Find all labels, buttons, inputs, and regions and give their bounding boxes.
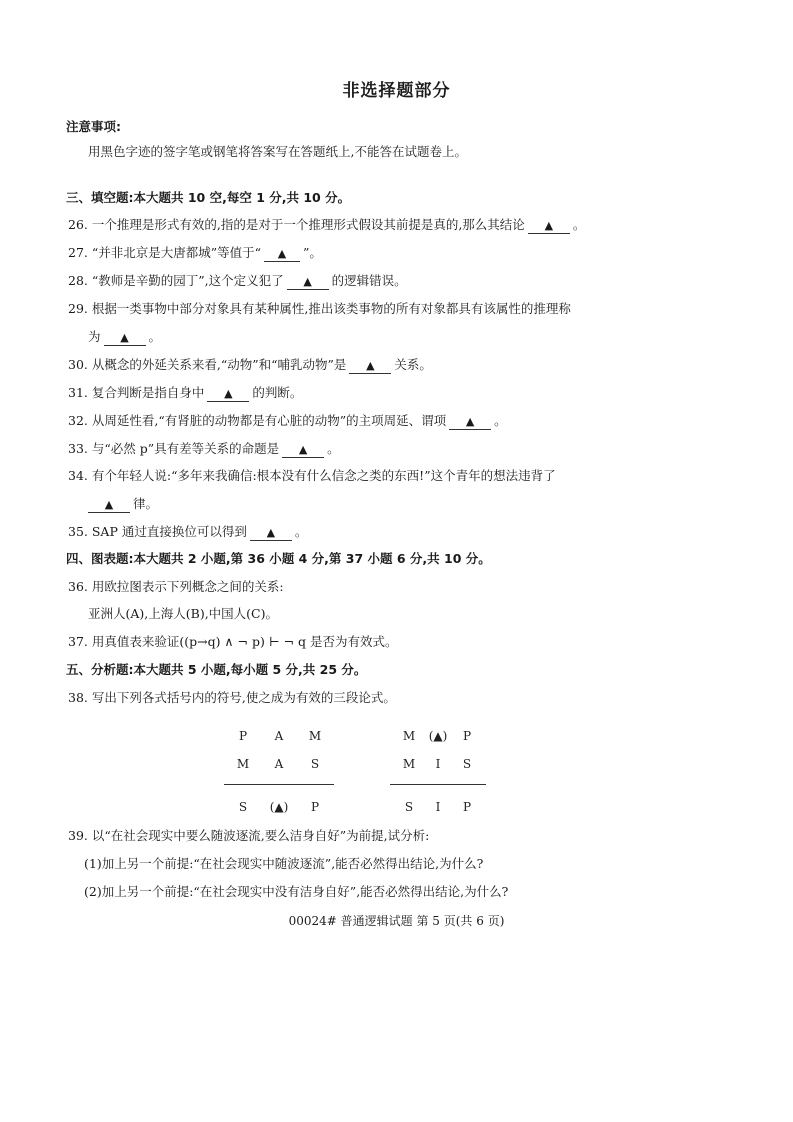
question-text: 的判断。 bbox=[252, 385, 302, 400]
question-29-cont: 为▲。 bbox=[88, 328, 161, 346]
question-text: 律。 bbox=[133, 496, 158, 511]
answer-blank: ▲ bbox=[104, 330, 146, 346]
term: S bbox=[236, 793, 250, 821]
copula: I bbox=[431, 750, 445, 778]
question-text: 。 bbox=[327, 441, 340, 456]
conclusion-divider bbox=[224, 784, 334, 785]
question-36-items: 亚洲人(A),上海人(B),中国人(C)。 bbox=[88, 605, 278, 623]
question-38: 38. 写出下列各式括号内的符号,使之成为有效的三段论式。 bbox=[68, 689, 396, 707]
answer-blank: ▲ bbox=[282, 442, 324, 458]
triangle-icon: ▲ bbox=[466, 415, 474, 428]
section4-heading: 四、图表题:本大题共 2 小题,第 36 小题 4 分,第 37 小题 6 分,… bbox=[66, 550, 491, 568]
question-text: 为 bbox=[88, 329, 101, 344]
copula-blank: (▲) bbox=[270, 793, 289, 821]
term: P bbox=[236, 722, 250, 750]
term: P bbox=[460, 722, 474, 750]
answer-blank: ▲ bbox=[250, 525, 292, 541]
question-text: 。 bbox=[494, 413, 507, 428]
copula: I bbox=[431, 793, 445, 821]
question-text: 的逻辑错误。 bbox=[332, 273, 407, 288]
question-text: ”。 bbox=[303, 245, 322, 260]
page-title: 非选择题部分 bbox=[0, 76, 793, 101]
copula-blank: (▲) bbox=[429, 722, 448, 750]
triangle-icon: ▲ bbox=[303, 275, 311, 288]
question-text: 关系。 bbox=[394, 357, 432, 372]
term: M bbox=[402, 750, 416, 778]
answer-blank: ▲ bbox=[207, 386, 249, 402]
question-text: 26. 一个推理是形式有效的,指的是对于一个推理形式假设其前提是真的,那么其结论 bbox=[68, 217, 525, 232]
notice-text: 用黑色字迹的签字笔或钢笔将答案写在答题纸上,不能答在试题卷上。 bbox=[88, 143, 467, 161]
question-27: 27. “并非北京是大唐都城”等值于“▲”。 bbox=[68, 244, 322, 262]
question-30: 30. 从概念的外延关系来看,“动物”和“哺乳动物”是▲关系。 bbox=[68, 356, 432, 374]
triangle-icon: ▲ bbox=[545, 219, 553, 232]
question-37: 37. 用真值表来验证((p→q) ∧ ¬ p) ⊢ ¬ q 是否为有效式。 bbox=[68, 633, 398, 651]
question-31: 31. 复合判断是指自身中▲的判断。 bbox=[68, 384, 302, 402]
section3-heading: 三、填空题:本大题共 10 空,每空 1 分,共 10 分。 bbox=[66, 189, 350, 207]
conclusion: S (▲) P bbox=[224, 793, 334, 821]
term: M bbox=[402, 722, 416, 750]
term: M bbox=[308, 722, 322, 750]
term: S bbox=[308, 750, 322, 778]
question-text: 27. “并非北京是大唐都城”等值于“ bbox=[68, 245, 261, 260]
major-premise: M (▲) P bbox=[390, 722, 486, 750]
term: P bbox=[308, 793, 322, 821]
triangle-icon: ▲ bbox=[120, 331, 128, 344]
answer-blank: ▲ bbox=[349, 358, 391, 374]
question-text: 35. SAP 通过直接换位可以得到 bbox=[68, 524, 247, 539]
page-footer: 00024# 普通逻辑试题 第 5 页(共 6 页) bbox=[0, 912, 793, 929]
question-32: 32. 从周延性看,“有肾脏的动物都是有心脏的动物”的主项周延、谓项▲。 bbox=[68, 412, 507, 430]
conclusion: S I P bbox=[390, 793, 486, 821]
copula: A bbox=[272, 722, 286, 750]
triangle-icon: ▲ bbox=[105, 498, 113, 511]
question-text: 34. 有个年轻人说:“多年来我确信:根本没有什么信念之类的东西!”这个青年的想… bbox=[68, 468, 556, 483]
copula: A bbox=[272, 750, 286, 778]
answer-blank: ▲ bbox=[449, 414, 491, 430]
minor-premise: M A S bbox=[224, 750, 334, 778]
question-34-cont: ▲律。 bbox=[88, 495, 158, 513]
triangle-icon: ▲ bbox=[224, 387, 232, 400]
answer-blank: ▲ bbox=[528, 218, 570, 234]
question-text: 28. “教师是辛勤的园丁”,这个定义犯了 bbox=[68, 273, 284, 288]
answer-blank: ▲ bbox=[287, 274, 329, 290]
question-text: 31. 复合判断是指自身中 bbox=[68, 385, 204, 400]
section5-heading: 五、分析题:本大题共 5 小题,每小题 5 分,共 25 分。 bbox=[66, 661, 366, 679]
term: S bbox=[460, 750, 474, 778]
question-text: 。 bbox=[295, 524, 308, 539]
question-text: 33. 与“必然 p”具有差等关系的命题是 bbox=[68, 441, 279, 456]
triangle-icon: ▲ bbox=[278, 247, 286, 260]
term: S bbox=[402, 793, 416, 821]
question-39: 39. 以“在社会现实中要么随波逐流,要么洁身自好”为前提,试分析: bbox=[68, 827, 429, 845]
minor-premise: M I S bbox=[390, 750, 486, 778]
term: P bbox=[460, 793, 474, 821]
answer-blank: ▲ bbox=[264, 246, 300, 262]
question-text: 30. 从概念的外延关系来看,“动物”和“哺乳动物”是 bbox=[68, 357, 346, 372]
conclusion-divider bbox=[390, 784, 486, 785]
triangle-icon: ▲ bbox=[366, 359, 374, 372]
syllogism-right: M (▲) P M I S S I P bbox=[390, 722, 486, 821]
question-36: 36. 用欧拉图表示下列概念之间的关系: bbox=[68, 578, 284, 596]
triangle-icon: ▲ bbox=[267, 526, 275, 539]
question-35: 35. SAP 通过直接换位可以得到▲。 bbox=[68, 523, 307, 541]
question-text: 32. 从周延性看,“有肾脏的动物都是有心脏的动物”的主项周延、谓项 bbox=[68, 413, 446, 428]
answer-blank: ▲ bbox=[88, 497, 130, 513]
question-29: 29. 根据一类事物中部分对象具有某种属性,推出该类事物的所有对象都具有该属性的… bbox=[68, 300, 571, 318]
question-26: 26. 一个推理是形式有效的,指的是对于一个推理形式假设其前提是真的,那么其结论… bbox=[68, 216, 585, 234]
question-33: 33. 与“必然 p”具有差等关系的命题是▲。 bbox=[68, 440, 340, 458]
triangle-icon: ▲ bbox=[299, 443, 307, 456]
question-34: 34. 有个年轻人说:“多年来我确信:根本没有什么信念之类的东西!”这个青年的想… bbox=[68, 467, 556, 485]
term: M bbox=[236, 750, 250, 778]
question-text: 。 bbox=[573, 217, 586, 232]
question-text: 。 bbox=[149, 329, 162, 344]
question-39-sub1: (1)加上另一个前提:“在社会现实中随波逐流”,能否必然得出结论,为什么? bbox=[84, 855, 483, 873]
question-text: 29. 根据一类事物中部分对象具有某种属性,推出该类事物的所有对象都具有该属性的… bbox=[68, 301, 571, 316]
major-premise: P A M bbox=[224, 722, 334, 750]
question-39-sub2: (2)加上另一个前提:“在社会现实中没有洁身自好”,能否必然得出结论,为什么? bbox=[84, 883, 508, 901]
syllogism-left: P A M M A S S (▲) P bbox=[224, 722, 334, 821]
notice-heading: 注意事项: bbox=[66, 118, 121, 136]
question-28: 28. “教师是辛勤的园丁”,这个定义犯了▲的逻辑错误。 bbox=[68, 272, 407, 290]
